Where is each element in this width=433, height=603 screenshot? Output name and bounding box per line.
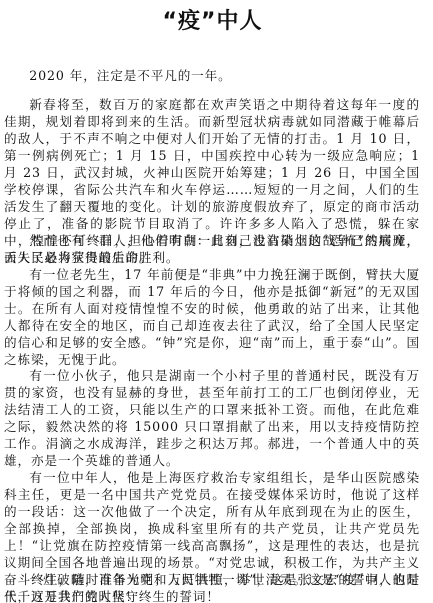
- paragraph-intro: 2020 年，注定是不平凡的一年。: [4, 67, 420, 84]
- paragraph-conclusion: 一灯破暗，百年光明；万灯共照，举世清灵。这是“疫”中人的时代，这是我们的时代！: [4, 571, 420, 603]
- paragraph-old-gentleman: 有一位老先生，17 年前便是“非典”中力挽狂澜于既倒，臂扶大厦于将倾的国之利器，…: [4, 266, 420, 368]
- paragraph-young-man: 有一位小伙子，他只是湖南一个小村子里的普通村民，既没有万贯的家资，也没有显赫的身…: [4, 367, 420, 469]
- document-title: “疫”中人: [0, 8, 425, 36]
- paragraph-resolve: 然而也有一群人，他们明白：此刻，没有硝烟的战争已然展开，而人民必将获得最后的胜利…: [4, 232, 420, 266]
